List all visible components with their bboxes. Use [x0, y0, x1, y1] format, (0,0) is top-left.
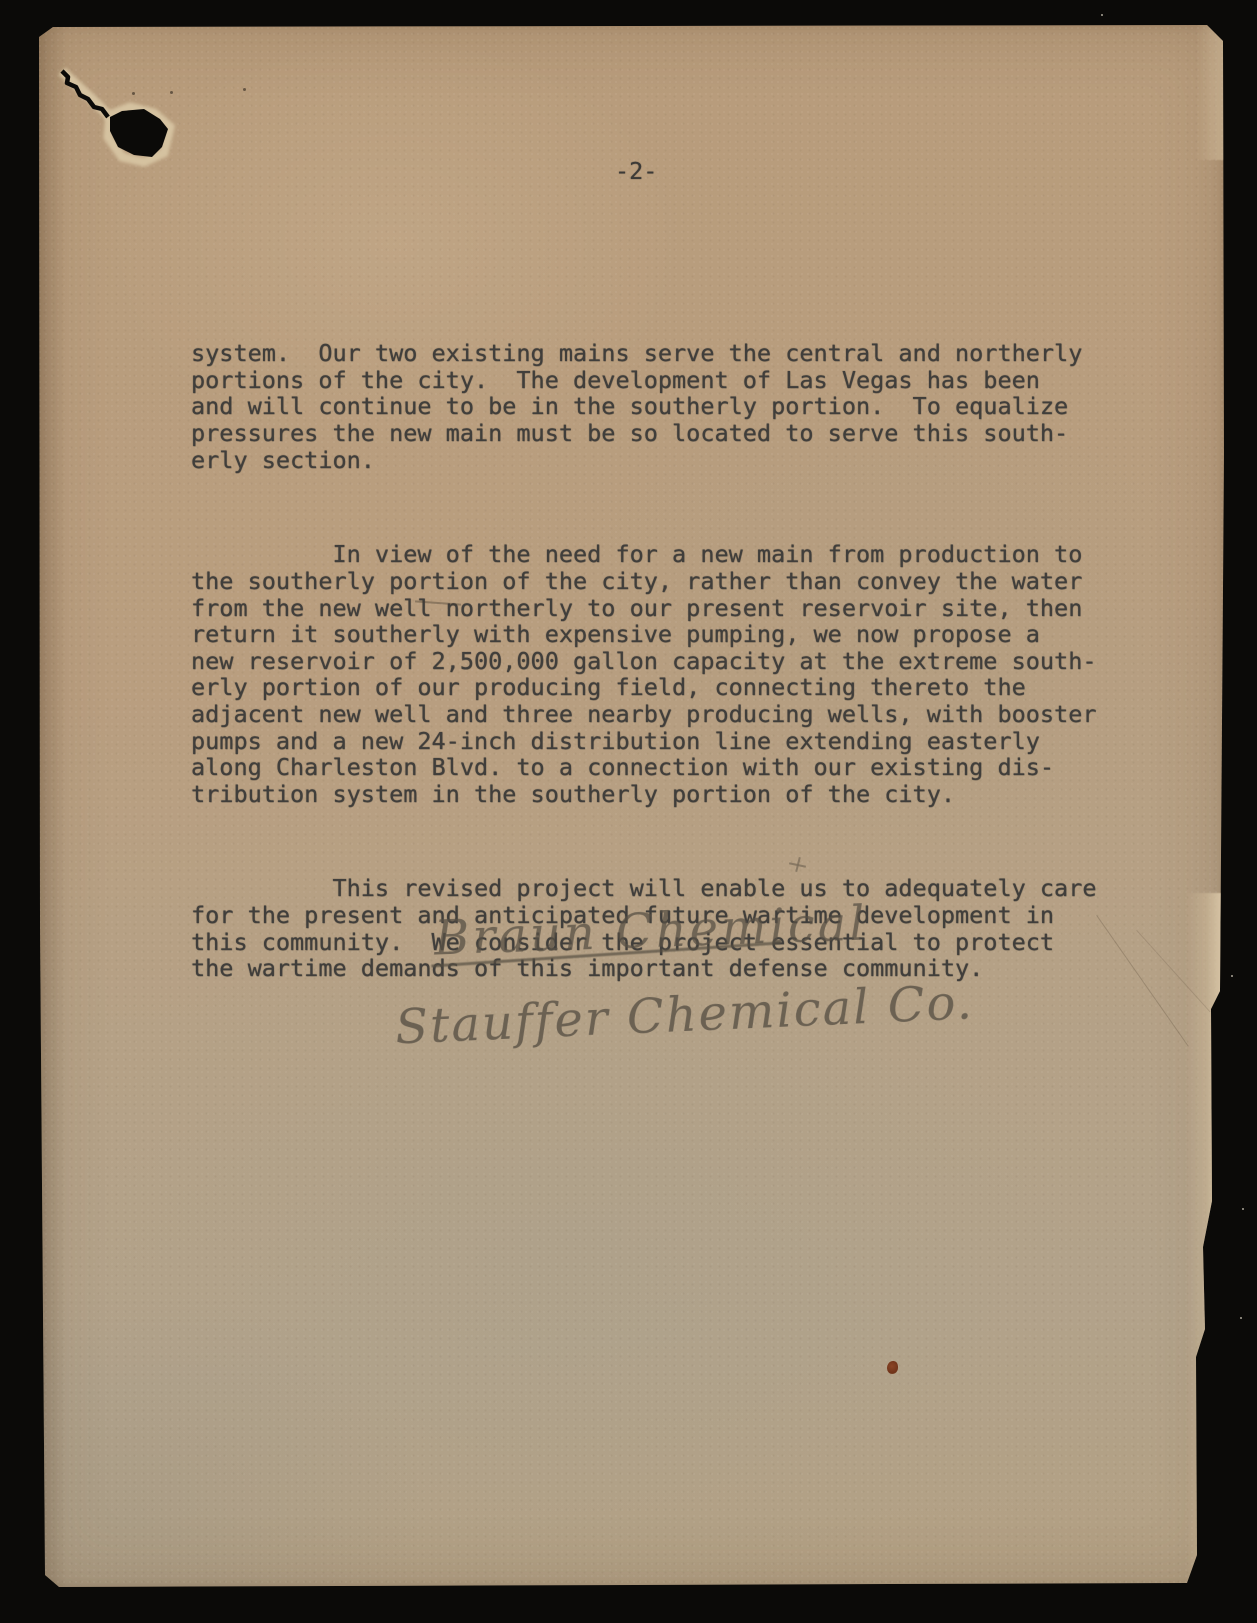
dust-speck: [1242, 1208, 1244, 1210]
dust-speck: [1101, 14, 1103, 16]
paragraph-1: system. Our two existing mains serve the…: [191, 340, 1096, 473]
paragraph-2: In view of the need for a new main from …: [191, 541, 1096, 807]
dust-speck: [1231, 975, 1233, 977]
paper-speck: [170, 91, 173, 94]
page-number: -2-: [615, 158, 657, 185]
paper-speck: [132, 92, 135, 95]
scanned-document: -2- system. Our two existing mains serve…: [0, 0, 1257, 1623]
rust-stain: [887, 1361, 898, 1374]
right-edge-fold-highlight: [1185, 893, 1224, 1587]
paper-speck: [243, 88, 246, 91]
dust-speck: [1240, 1317, 1242, 1319]
crease-line: [1096, 915, 1189, 1047]
tear-hole: [52, 63, 182, 173]
top-right-edge-highlight: [1195, 25, 1224, 160]
pencil-tick-mark: [789, 855, 809, 875]
document-page: -2- system. Our two existing mains serve…: [37, 25, 1224, 1587]
